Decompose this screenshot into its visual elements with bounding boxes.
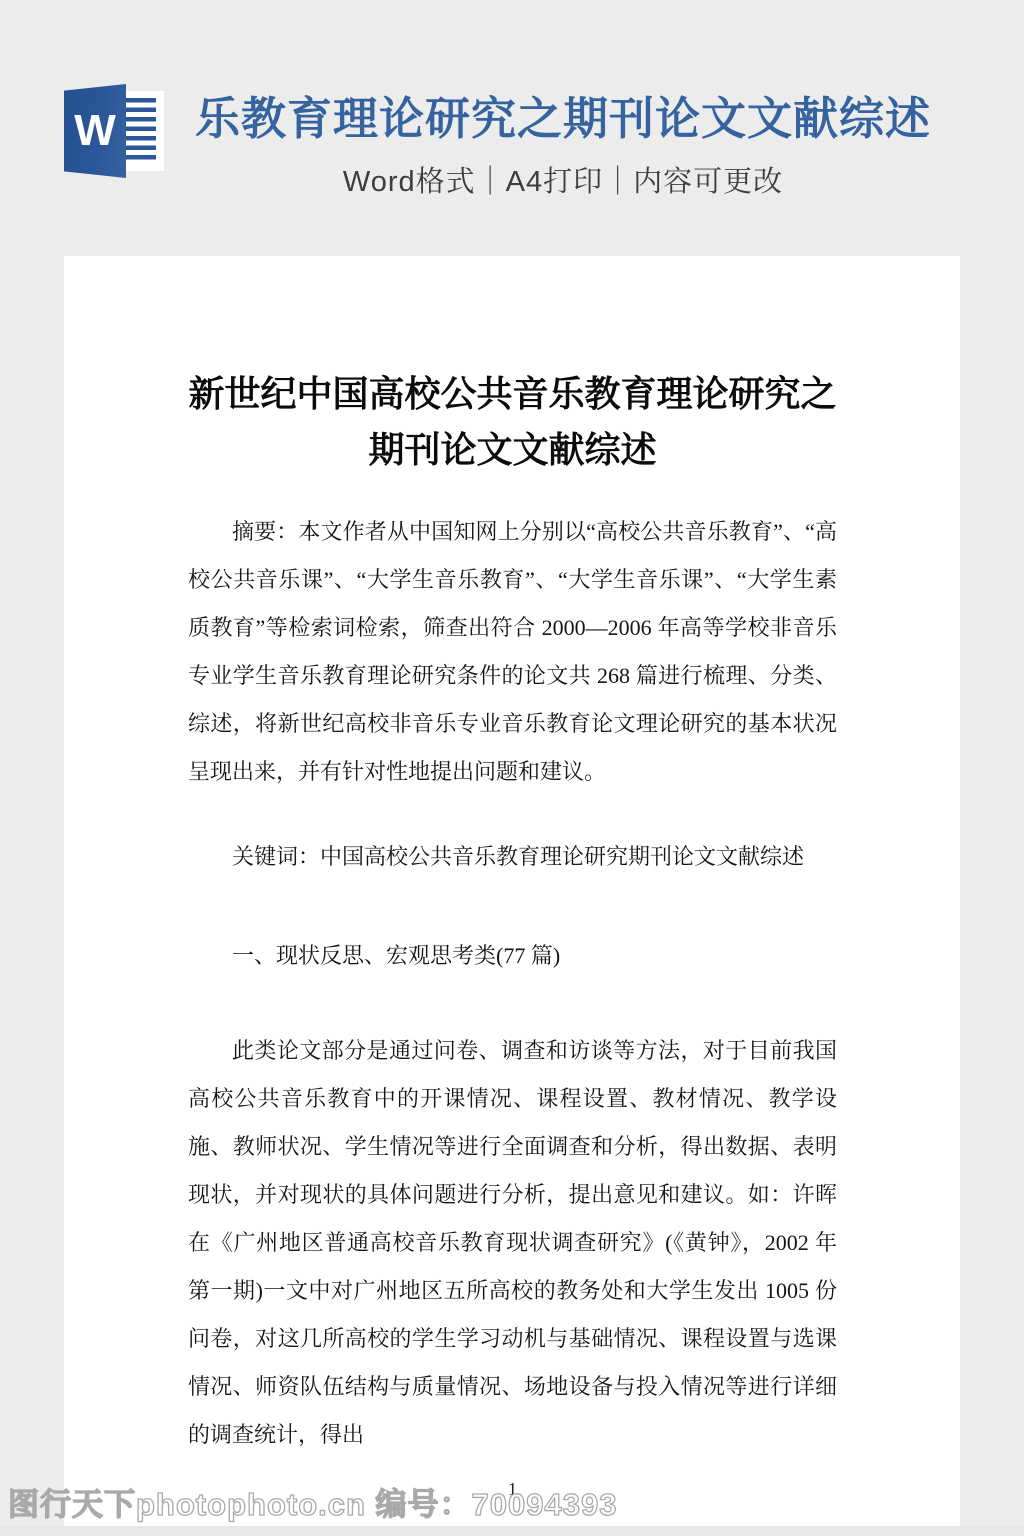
- word-file-icon: W: [64, 84, 166, 178]
- header-text-block: 乐教育理论研究之期刊论文文献综述 Word格式｜A4打印｜内容可更改: [166, 84, 960, 200]
- abstract-paragraph: 摘要：本文作者从中国知网上分别以“高校公共音乐教育”、“高校公共音乐课”、“大学…: [188, 508, 837, 796]
- word-icon-letter: W: [74, 109, 116, 153]
- page-title: 乐教育理论研究之期刊论文文献综述: [195, 92, 931, 146]
- page-subtitle: Word格式｜A4打印｜内容可更改: [343, 159, 783, 200]
- header: W 乐教育理论研究之期刊论文文献综述 Word格式｜A4打印｜内容可更改: [0, 0, 1024, 256]
- bottom-strip: [0, 1526, 1024, 1536]
- keywords-line: 关键词：中国高校公共音乐教育理论研究期刊论文文献综述: [188, 833, 837, 881]
- document-title: 新世纪中国高校公共音乐教育理论研究之 期刊论文文献综述: [188, 366, 837, 478]
- word-icon-front-panel: W: [64, 84, 126, 178]
- site-watermark: 图行天下photophoto.cn 编号：70094393: [8, 1479, 617, 1524]
- document-title-line2: 期刊论文文献综述: [188, 422, 837, 478]
- document-content: 新世纪中国高校公共音乐教育理论研究之 期刊论文文献综述 摘要：本文作者从中国知网…: [64, 256, 960, 1500]
- section-heading: 一、现状反思、宏观思考类(77 篇): [188, 932, 837, 980]
- document-title-line1: 新世纪中国高校公共音乐教育理论研究之: [188, 366, 837, 422]
- document-page: 新世纪中国高校公共音乐教育理论研究之 期刊论文文献综述 摘要：本文作者从中国知网…: [64, 256, 960, 1526]
- body-paragraph: 此类论文部分是通过问卷、调查和访谈等方法，对于目前我国高校公共音乐教育中的开课情…: [188, 1027, 837, 1459]
